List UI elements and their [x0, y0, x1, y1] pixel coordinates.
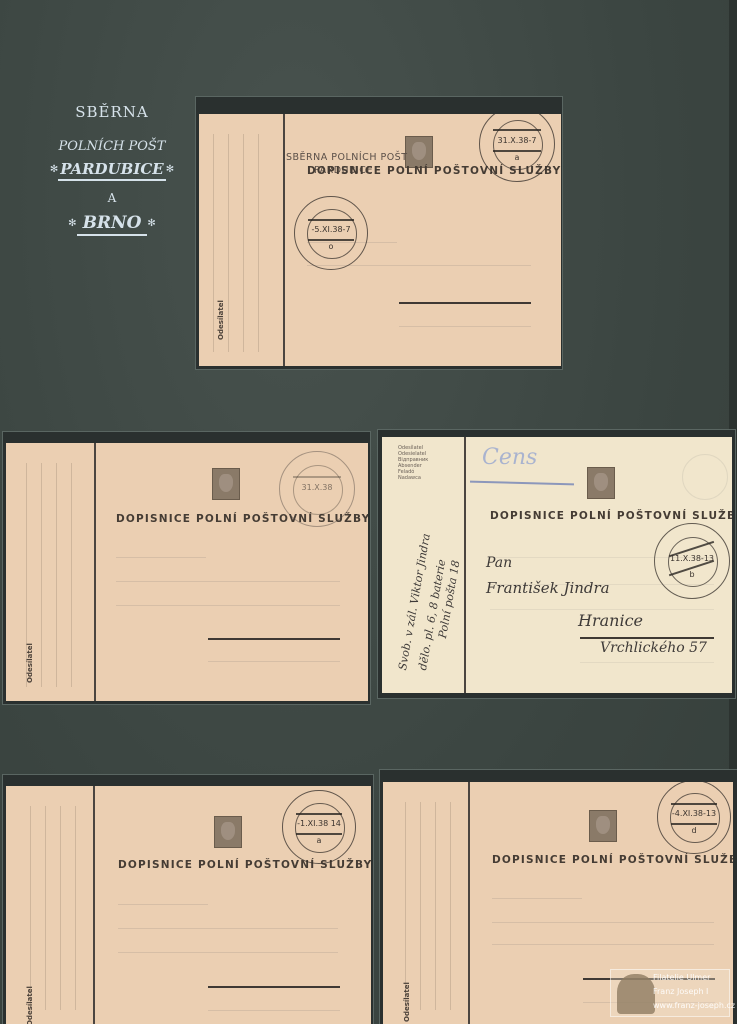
postmark-date: 31.X.38: [280, 483, 354, 492]
ornament-icon: ✻: [68, 218, 76, 229]
postmark: 11.X.38-13 b: [654, 523, 730, 599]
address-line: [208, 638, 340, 640]
postmark: 31.X.38: [279, 451, 355, 527]
watermark-text: Filatelie Ulmer: [653, 973, 710, 982]
divider-line: [464, 437, 466, 693]
postmark-date: 11.X.38-13: [655, 554, 729, 563]
sender-line: [258, 134, 259, 352]
postmark: -1.XI.38 14 a: [282, 790, 356, 864]
sender-lines: [30, 806, 90, 1010]
address-line: [492, 922, 714, 923]
sender-line: [41, 463, 42, 687]
postmark-date: -1.XI.38 14: [283, 819, 355, 828]
sender-label: Odesílatel: [26, 986, 34, 1024]
censor-mark: Cens: [482, 445, 537, 470]
sender-lines: [26, 463, 86, 687]
postmark-bar: [493, 129, 540, 131]
address-name: František Jindra: [486, 579, 610, 597]
sender-line: [75, 806, 76, 1010]
sender-line: [45, 806, 46, 1010]
watermark-text: www.franz-joseph.cz: [653, 1001, 735, 1010]
postmark-bar: [308, 219, 354, 221]
address-line: [118, 952, 338, 953]
censor-underline: [470, 481, 574, 486]
address-line: [492, 898, 582, 899]
sender-labels-multilingual: Odesílatel Odesielatel Відправник Absend…: [398, 445, 428, 481]
divider-line: [468, 782, 470, 1024]
sender-line: [30, 806, 31, 1010]
sender-line: [420, 802, 421, 1010]
caption-line-2: POLNÍCH POŠT: [42, 139, 182, 154]
portrait-icon: [617, 974, 655, 1014]
sender-line: [228, 134, 229, 352]
postmark-letter: o: [295, 242, 367, 251]
postmark-letter: d: [658, 826, 730, 835]
sender-line: [56, 463, 57, 687]
postmark-bar: [293, 476, 340, 478]
sender-line: [60, 806, 61, 1010]
divider-line: [283, 114, 285, 366]
watermark-text: Franz Joseph I: [653, 987, 708, 996]
card-element: Nadawca: [398, 475, 428, 481]
address-street: Vrchlického 57: [600, 640, 707, 656]
postcard-1[interactable]: Odesílatel SBĚRNA POLNÍCH POŠT PARDUBICE…: [199, 114, 561, 366]
sender-label: Odesílatel: [217, 300, 225, 340]
address-line: [492, 944, 714, 945]
address-line: [116, 605, 340, 606]
address-line: [118, 928, 338, 929]
coat-of-arms-icon: [214, 816, 242, 848]
album-caption: SBĚRNA POLNÍCH POŠT ✻PARDUBICE✻ A ✻BRNO✻: [42, 100, 182, 236]
caption-line-1: SBĚRNA: [42, 103, 182, 121]
address-line: [580, 637, 714, 639]
postmark-bar: [296, 833, 342, 835]
postmark-inner-ring: [493, 120, 544, 171]
address-line: [490, 609, 714, 610]
coat-of-arms-icon: [405, 136, 433, 168]
address-line: [208, 1010, 340, 1011]
stamp-placeholder: [682, 454, 728, 500]
postmark-date: -4.XI.38-13: [658, 809, 730, 818]
coat-of-arms-icon: [587, 467, 615, 499]
postmark-bar: [671, 823, 717, 825]
postmark-date: 31.X.38-7: [480, 136, 554, 145]
address-line: [399, 302, 531, 304]
divider-line: [93, 786, 95, 1024]
sender-line: [243, 134, 244, 352]
address-line: [580, 662, 714, 663]
card-element: SBĚRNA POLNÍCH POŠT: [286, 151, 408, 164]
card-title: DOPISNICE POLNÍ POŠTOVNÍ SLUŽBY: [490, 510, 732, 522]
sender-label: Odesílatel: [403, 982, 411, 1022]
postmark-bar: [493, 150, 540, 152]
ornament-icon: ✻: [147, 218, 155, 229]
postmark: -5.XI.38-7 o: [294, 196, 368, 270]
address-line: [399, 326, 531, 327]
sender-line: [213, 134, 214, 352]
address-line: [118, 904, 208, 905]
caption-line-5: BRNO: [77, 213, 148, 236]
ornament-icon: ✻: [50, 164, 58, 175]
postmark-bar: [671, 803, 717, 805]
postmark: -4.XI.38-13 d: [657, 782, 731, 854]
postcard-3[interactable]: Odesílatel Odesielatel Відправник Absend…: [382, 437, 732, 693]
caption-line-3: PARDUBICE: [58, 160, 165, 181]
postcard-4[interactable]: Odesílatel DOPISNICE POLNÍ POŠTOVNÍ SLUŽ…: [6, 786, 371, 1024]
divider-line: [94, 443, 96, 701]
ornament-icon: ✻: [166, 164, 174, 175]
address-salutation: Pan: [486, 555, 512, 571]
sender-line: [405, 802, 406, 1010]
sender-label: Odesílatel: [26, 643, 34, 683]
sender-line: [450, 802, 451, 1010]
postmark-bar: [308, 239, 354, 241]
card-title: DOPISNICE POLNÍ POŠTOVNÍ SLUŽBY: [492, 854, 733, 866]
sender-line: [71, 463, 72, 687]
caption-line-4: A: [42, 191, 182, 205]
watermark: Filatelie Ulmer Franz Joseph I www.franz…: [610, 969, 730, 1017]
address-line: [116, 581, 340, 582]
postmark-letter: a: [283, 836, 355, 845]
sender-line: [435, 802, 436, 1010]
sender-lines: [405, 802, 465, 1010]
address-city: Hranice: [578, 611, 643, 630]
postmark-date: -5.XI.38-7: [295, 225, 367, 234]
address-line: [208, 661, 340, 662]
postmark-letter: b: [655, 570, 729, 579]
address-line: [208, 986, 340, 988]
postmark-bar: [296, 813, 342, 815]
postcard-2[interactable]: Odesílatel DOPISNICE POLNÍ POŠTOVNÍ SLUŽ…: [6, 443, 368, 701]
postmark-letter: a: [480, 153, 554, 162]
address-line: [116, 557, 206, 558]
coat-of-arms-icon: [589, 810, 617, 842]
coat-of-arms-icon: [212, 468, 240, 500]
